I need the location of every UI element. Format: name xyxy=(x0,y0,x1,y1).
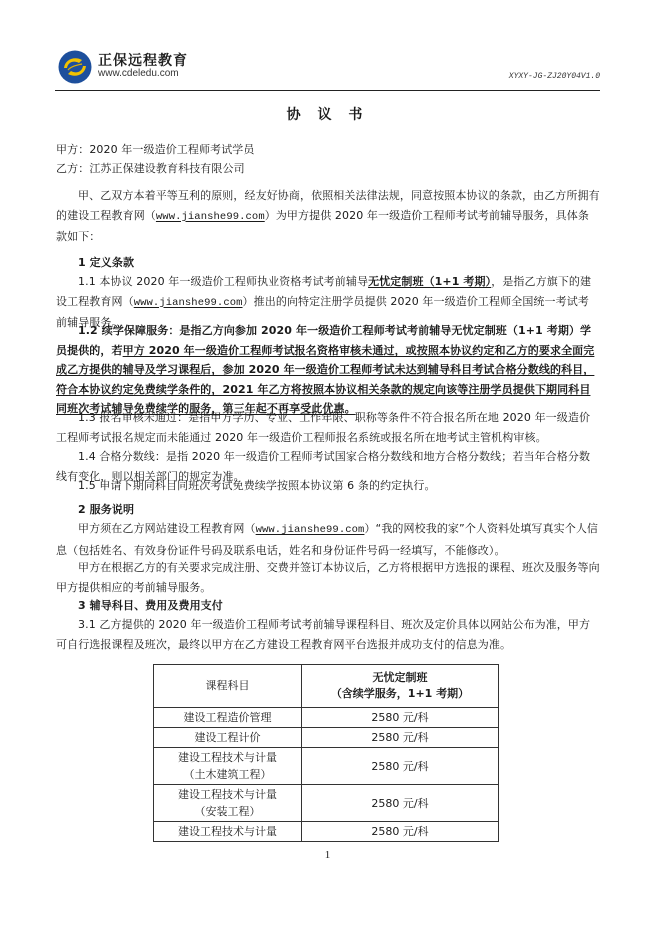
table-row: 建设工程计价 2580 元/科 xyxy=(154,728,499,748)
table-row: 建设工程技术与计量 2580 元/科 xyxy=(154,822,499,842)
table-row: 建设工程技术与计量 （土木建筑工程） 2580 元/科 xyxy=(154,748,499,785)
subject-specialty: （土木建筑工程） xyxy=(154,766,301,783)
website-link[interactable]: www.jianshe99.com xyxy=(256,524,365,536)
document-code: XYXY-JG-ZJ20Y04V1.0 xyxy=(509,72,600,81)
subject-cell: 建设工程技术与计量 （土木建筑工程） xyxy=(154,748,302,785)
table-header-row: 课程科目 无忧定制班 （含续学服务，1+1 考期） xyxy=(154,665,499,708)
clause-1-2-underlined: 甲方 2020 年一级造价工程师考试报名资格审核未通过，或按照本协议约定和乙方的… xyxy=(56,344,594,416)
subject-cell: 建设工程技术与计量 （安装工程） xyxy=(154,785,302,822)
subject-name: 建设工程技术与计量 xyxy=(154,786,301,803)
header-class-note: （含续学服务，1+1 考期） xyxy=(302,686,498,702)
section-2-heading: 2 服务说明 xyxy=(56,500,600,520)
website-link[interactable]: www.jianshe99.com xyxy=(156,211,265,223)
logo-url: www.cdeledu.com xyxy=(98,68,179,79)
party-a-value: 2020 年一级造价工程师考试学员 xyxy=(89,143,254,156)
intro-paragraph: 甲、乙双方本着平等互利的原则，经友好协商，依照相关法律法规，同意按照本协议的条款… xyxy=(56,186,600,247)
logo-icon xyxy=(58,50,92,84)
party-b-label: 乙方： xyxy=(56,162,89,175)
party-b-value: 江苏正保建设教育科技有限公司 xyxy=(89,162,244,175)
page-header: 正保远程教育 www.cdeledu.com XYXY-JG-ZJ20Y04V1… xyxy=(55,48,600,93)
price-cell: 2580 元/科 xyxy=(302,785,499,822)
section-2-p1-text-1: 甲方须在乙方网站建设工程教育网（ xyxy=(78,522,256,535)
price-cell: 2580 元/科 xyxy=(302,822,499,842)
section-2-paragraph-1: 甲方须在乙方网站建设工程教育网（www.jianshe99.com）“我的网校我… xyxy=(56,519,600,560)
section-3-heading: 3 辅导科目、费用及费用支付 xyxy=(56,596,600,616)
subject-cell: 建设工程造价管理 xyxy=(154,708,302,728)
price-cell: 2580 元/科 xyxy=(302,748,499,785)
clause-1-5: 1.5 申请下期同科目同班次考试免费续学按照本协议第 6 条的约定执行。 xyxy=(56,476,600,496)
header-course-subject: 课程科目 xyxy=(154,665,302,708)
header-class-name: 无忧定制班 xyxy=(302,670,498,686)
clause-1-1-text-1: 1.1 本协议 2020 年一级造价工程师执业资格考试考前辅导 xyxy=(78,275,368,288)
table-row: 建设工程造价管理 2580 元/科 xyxy=(154,708,499,728)
party-a: 甲方：2020 年一级造价工程师考试学员 xyxy=(56,140,600,159)
page-number: 1 xyxy=(0,849,655,861)
clause-3-1: 3.1 乙方提供的 2020 年一级造价工程师考试考前辅导课程科目、班次及定价具… xyxy=(56,615,600,654)
header-class-type: 无忧定制班 （含续学服务，1+1 考期） xyxy=(302,665,499,708)
website-link[interactable]: www.jianshe99.com xyxy=(134,297,243,309)
price-table: 课程科目 无忧定制班 （含续学服务，1+1 考期） 建设工程造价管理 2580 … xyxy=(153,664,499,842)
price-cell: 2580 元/科 xyxy=(302,708,499,728)
section-1-heading: 1 定义条款 xyxy=(56,253,600,273)
header-divider xyxy=(55,90,600,91)
document-page: 正保远程教育 www.cdeledu.com XYXY-JG-ZJ20Y04V1… xyxy=(0,0,655,926)
table-row: 建设工程技术与计量 （安装工程） 2580 元/科 xyxy=(154,785,499,822)
subject-cell: 建设工程计价 xyxy=(154,728,302,748)
subject-specialty: （安装工程） xyxy=(154,803,301,820)
logo-title: 正保远程教育 xyxy=(98,50,188,70)
clause-1-1-product: 无忧定制班（1+1 考期） xyxy=(368,275,491,288)
subject-name: 建设工程技术与计量 xyxy=(154,749,301,766)
subject-cell: 建设工程技术与计量 xyxy=(154,822,302,842)
clause-1-3: 1.3 报名审核未通过：是指甲方学历、专业、工作年限、职称等条件不符合报名所在地… xyxy=(56,408,600,447)
party-a-label: 甲方： xyxy=(56,143,89,156)
section-2-paragraph-2: 甲方在根据乙方的有关要求完成注册、交费并签订本协议后，乙方将根据甲方选报的课程、… xyxy=(56,558,600,597)
clause-1-2: 1.2 续学保障服务：是指乙方向参加 2020 年一级造价工程师考试考前辅导无忧… xyxy=(56,321,600,419)
party-b: 乙方：江苏正保建设教育科技有限公司 xyxy=(56,159,600,178)
document-title: 协 议 书 xyxy=(0,104,655,124)
price-cell: 2580 元/科 xyxy=(302,728,499,748)
